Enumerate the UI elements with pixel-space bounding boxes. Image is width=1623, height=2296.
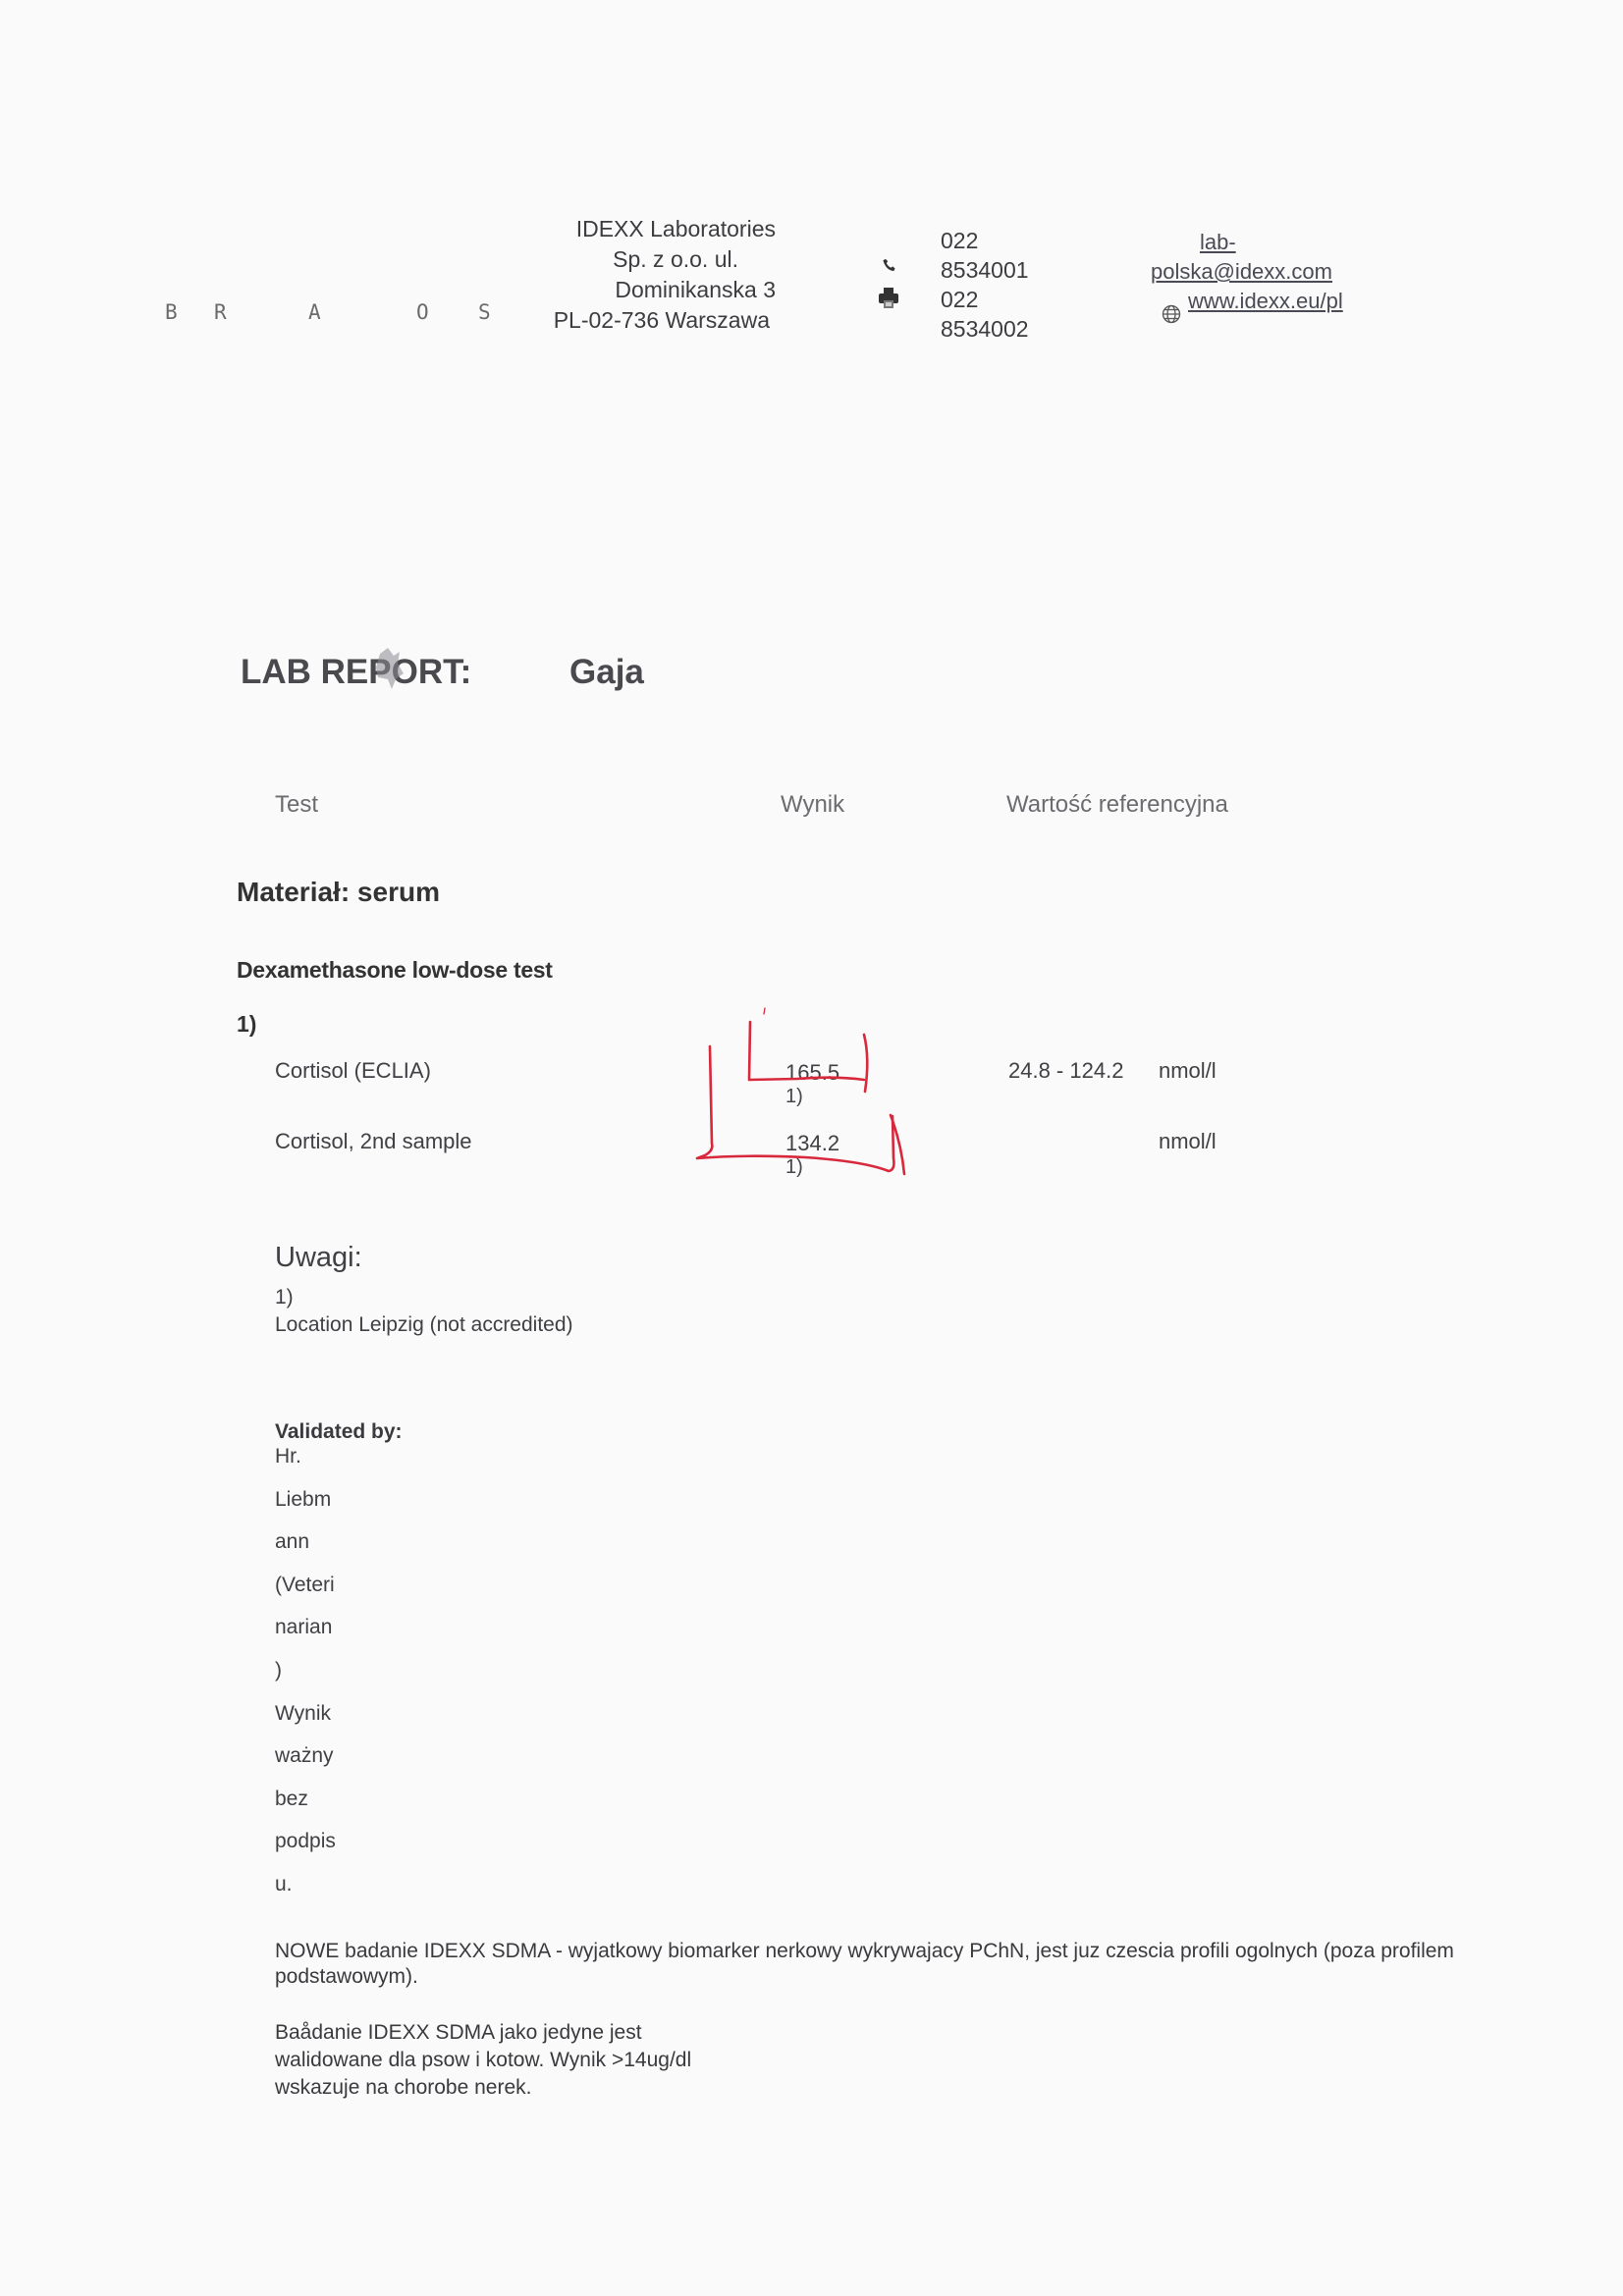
report-title: LAB REPORT: bbox=[241, 653, 471, 692]
stain-mark-icon bbox=[368, 644, 417, 698]
company-address: IDEXX Laboratories Sp. z o.o. ul. Domini… bbox=[520, 214, 776, 336]
result-footnote: 1) bbox=[785, 1086, 803, 1108]
validation-line: ) bbox=[275, 1659, 282, 1682]
phone-number: 022 8534001 022 8534002 bbox=[941, 226, 1029, 344]
letterhead-letter: B bbox=[165, 300, 178, 324]
validation-line: Liebm bbox=[275, 1488, 331, 1512]
remarks-footnote-text: Location Leipzig (not accredited) bbox=[275, 1313, 573, 1337]
fax-icon bbox=[877, 287, 900, 315]
phone-line: 022 bbox=[941, 226, 1029, 255]
email-link[interactable]: polska@idexx.com bbox=[1151, 257, 1332, 287]
validation-line: Wynik bbox=[275, 1702, 331, 1726]
patient-name: Gaja bbox=[569, 653, 644, 692]
validation-line: (Veteri bbox=[275, 1574, 335, 1597]
fax-line: 022 bbox=[941, 285, 1029, 314]
address-line: Sp. z o.o. ul. bbox=[520, 244, 776, 275]
remarks-heading: Uwagi: bbox=[275, 1242, 362, 1274]
validation-line: ann bbox=[275, 1530, 309, 1554]
validation-line: podpis bbox=[275, 1830, 336, 1853]
column-header-test: Test bbox=[275, 791, 318, 819]
address-line: IDEXX Laboratories bbox=[520, 214, 776, 244]
validation-line: u. bbox=[275, 1873, 293, 1896]
fax-line: 8534002 bbox=[941, 314, 1029, 344]
result-footnote: 1) bbox=[785, 1156, 803, 1179]
column-header-result: Wynik bbox=[781, 791, 844, 819]
address-line: Dominikanska 3 bbox=[520, 275, 776, 305]
globe-icon bbox=[1162, 304, 1181, 329]
test-name: Cortisol (ECLIA) bbox=[275, 1058, 431, 1084]
validated-by-heading: Validated by: bbox=[275, 1420, 403, 1444]
letterhead-letter: O bbox=[416, 300, 429, 324]
info-paragraph: Baådanie IDEXX SDMA jako jedyne jest wal… bbox=[275, 2019, 1492, 2102]
phone-line: 8534001 bbox=[941, 255, 1029, 285]
info-line: walidowane dla psow i kotow. Wynik >14ug… bbox=[275, 2047, 1492, 2074]
letterhead-letter: A bbox=[308, 300, 321, 324]
validation-line: ważny bbox=[275, 1744, 334, 1768]
phone-icon bbox=[881, 257, 898, 280]
validation-line: bez bbox=[275, 1788, 308, 1811]
material-heading: Materiał: serum bbox=[237, 877, 440, 908]
group-footnote: 1) bbox=[237, 1011, 256, 1038]
result-value: 134.2 bbox=[785, 1131, 839, 1156]
column-header-reference: Wartość referencyjna bbox=[1006, 791, 1228, 819]
info-line: Baådanie IDEXX SDMA jako jedyne jest bbox=[275, 2019, 1492, 2047]
validation-line: narian bbox=[275, 1616, 332, 1639]
website-link[interactable]: www.idexx.eu/pl bbox=[1188, 287, 1343, 316]
address-line: PL-02-736 Warszawa bbox=[514, 305, 770, 336]
letterhead-letter: R bbox=[214, 300, 227, 324]
validation-line: Hr. bbox=[275, 1445, 301, 1468]
unit: nmol/l bbox=[1159, 1058, 1217, 1084]
email-link-part[interactable]: lab- bbox=[1200, 228, 1236, 257]
reference-range: 24.8 - 124.2 bbox=[1008, 1058, 1123, 1084]
remarks-footnote-marker: 1) bbox=[275, 1286, 294, 1309]
letterhead-letter: S bbox=[478, 300, 491, 324]
info-paragraph: NOWE badanie IDEXX SDMA - wyjatkowy biom… bbox=[275, 1939, 1492, 1990]
test-group-heading: Dexamethasone low-dose test bbox=[237, 957, 553, 984]
test-name: Cortisol, 2nd sample bbox=[275, 1129, 472, 1154]
result-value: 165.5 bbox=[785, 1060, 839, 1086]
unit: nmol/l bbox=[1159, 1129, 1217, 1154]
info-line: wskazuje na chorobe nerek. bbox=[275, 2074, 1492, 2102]
